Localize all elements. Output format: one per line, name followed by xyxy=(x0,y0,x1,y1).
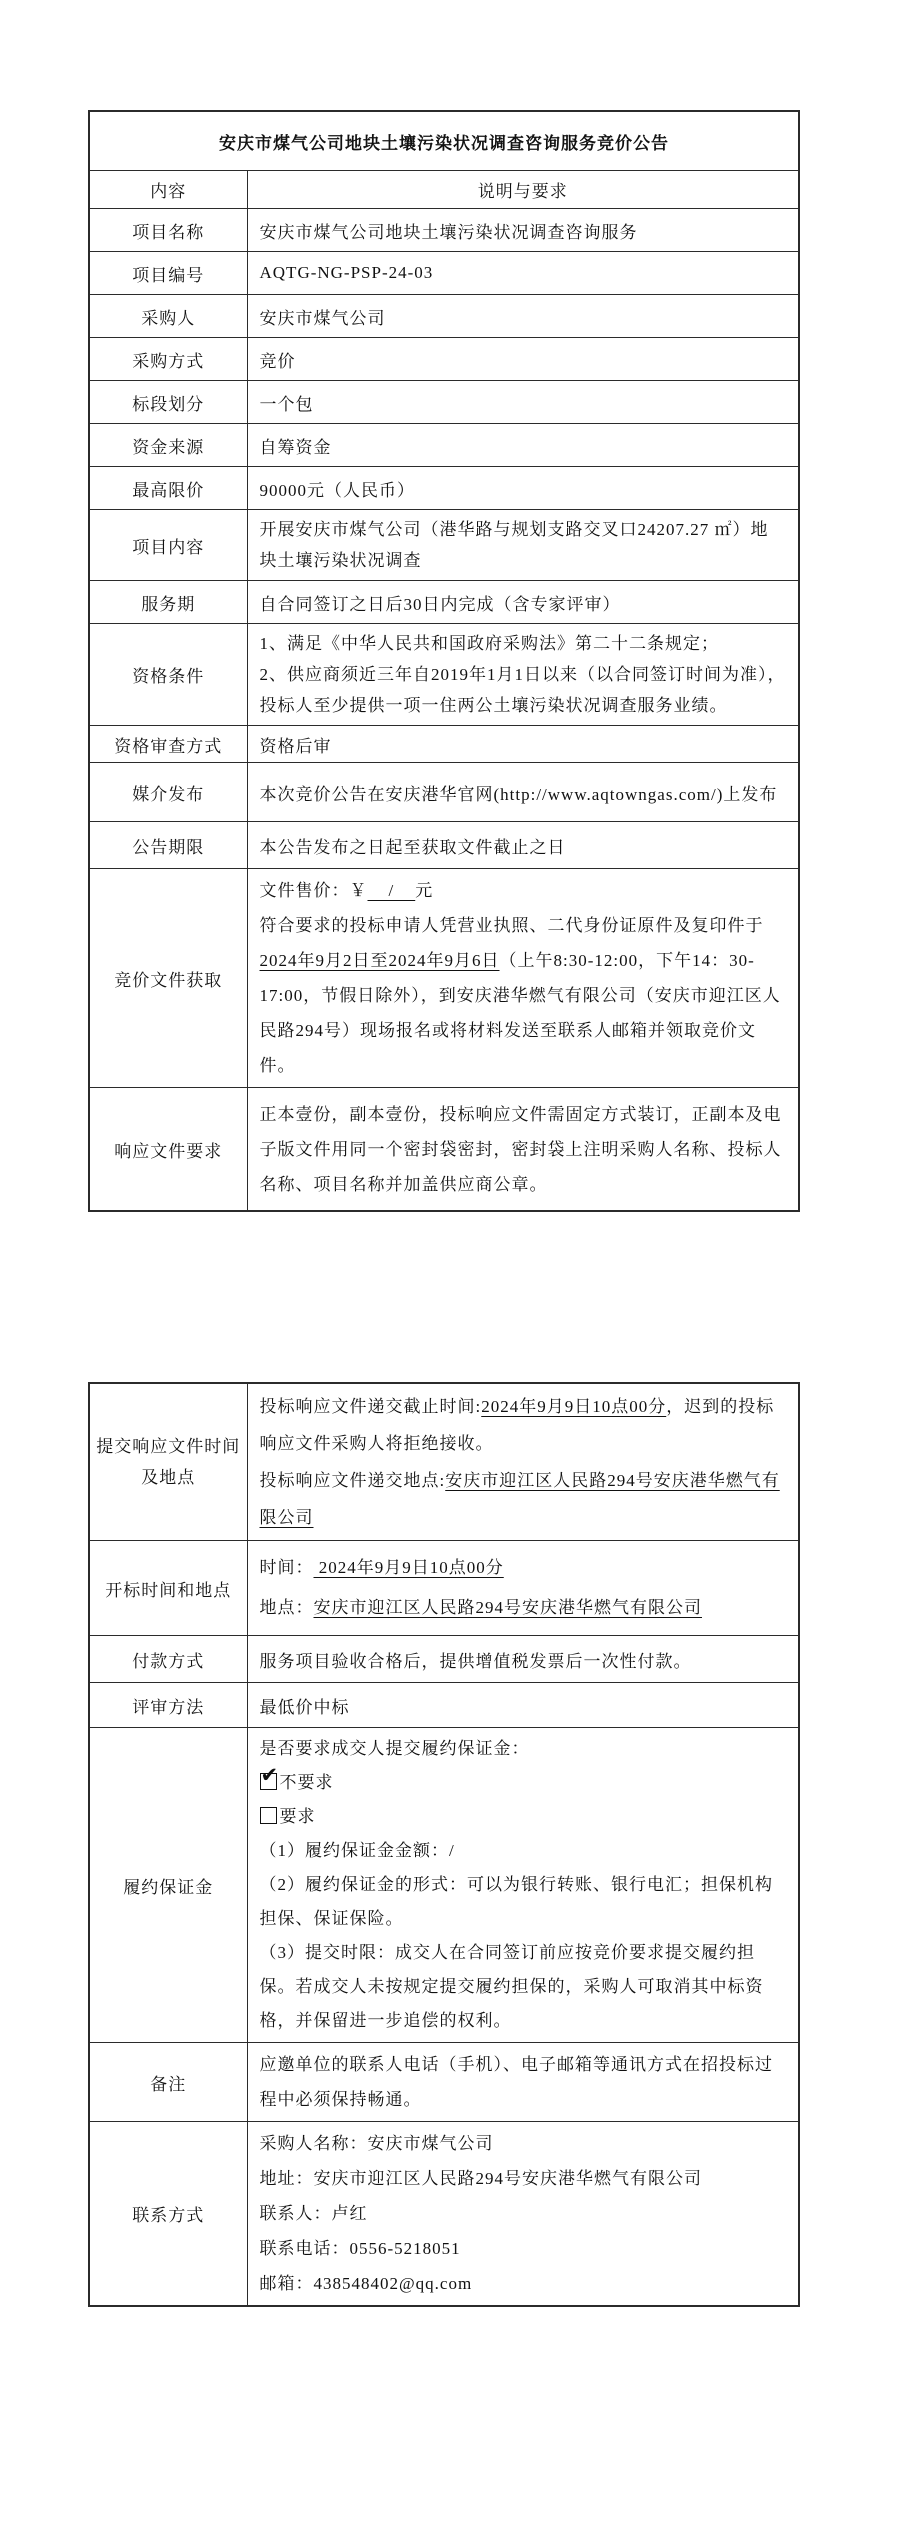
contact-address: 地址：安庆市迎江区人民路294号安庆港华燃气有限公司 xyxy=(260,2161,787,2196)
price-suffix: 元 xyxy=(415,881,433,900)
checked-checkbox-icon: ✔ xyxy=(260,1773,277,1790)
row-label: 开标时间和地点 xyxy=(89,1541,247,1636)
row-value: 正本壹份，副本壹份，投标响应文件需固定方式装订，正副本及电子版文件用同一个密封袋… xyxy=(247,1088,799,1212)
row-value: 本次竞价公告在安庆港华官网(http://www.aqtowngas.com/)… xyxy=(247,763,799,822)
row-label: 项目内容 xyxy=(89,510,247,581)
row-remarks: 备注 应邀单位的联系人电话（手机）、电子邮箱等通讯方式在招投标过程中必须保持畅通… xyxy=(89,2043,799,2122)
row-label: 评审方法 xyxy=(89,1683,247,1728)
row-max-price: 最高限价 90000元（人民币） xyxy=(89,467,799,510)
page-title: 安庆市煤气公司地块土壤污染状况调查咨询服务竞价公告 xyxy=(89,111,799,171)
row-label: 资格审查方式 xyxy=(89,726,247,763)
row-submission-time-place: 提交响应文件时间及地点 投标响应文件递交截止时间:2024年9月9日10点00分… xyxy=(89,1383,799,1541)
row-performance-bond: 履约保证金 是否要求成交人提交履约保证金： ✔不要求 要求 （1）履约保证金金额… xyxy=(89,1728,799,2043)
qualification-item-2: 2、供应商须近三年自2019年1月1日以来（以合同签订时间为准），投标人至少提供… xyxy=(260,659,787,721)
row-value: 本公告发布之日起至获取文件截止之日 xyxy=(247,822,799,869)
row-project-number: 项目编号 AQTG-NG-PSP-24-03 xyxy=(89,252,799,295)
remarks-text: 应邀单位的联系人电话（手机）、电子邮箱等通讯方式在招投标过程中必须保持畅通。 xyxy=(260,2047,787,2117)
document-acquisition-text: 符合要求的投标申请人凭营业执照、二代身份证原件及复印件于2024年9月2日至20… xyxy=(260,908,787,1083)
bid-opening-address: 安庆市迎江区人民路294号安庆港华燃气有限公司 xyxy=(314,1598,703,1617)
row-label: 提交响应文件时间及地点 xyxy=(89,1383,247,1541)
announcement-table-continued: 提交响应文件时间及地点 投标响应文件递交截止时间:2024年9月9日10点00分… xyxy=(88,1382,800,2307)
bond-question: 是否要求成交人提交履约保证金： xyxy=(260,1732,787,1766)
response-requirements-text: 正本壹份，副本壹份，投标响应文件需固定方式装订，正副本及电子版文件用同一个密封袋… xyxy=(260,1097,787,1202)
unchecked-checkbox-icon xyxy=(260,1807,277,1824)
time-label: 时间： xyxy=(260,1558,314,1577)
qualification-item-1: 1、满足《中华人民共和国政府采购法》第二十二条规定； xyxy=(260,628,787,659)
row-value: 90000元（人民币） xyxy=(247,467,799,510)
row-label: 标段划分 xyxy=(89,381,247,424)
bond-option-yes: 要求 xyxy=(260,1800,787,1834)
row-label: 备注 xyxy=(89,2043,247,2122)
row-document-acquisition: 竞价文件获取 文件售价：￥ / 元 符合要求的投标申请人凭营业执照、二代身份证原… xyxy=(89,869,799,1088)
bid-opening-time-line: 时间： 2024年9月9日10点00分 xyxy=(260,1548,787,1588)
place-prefix: 投标响应文件递交地点: xyxy=(260,1471,446,1490)
price-prefix: 文件售价：￥ xyxy=(260,881,368,900)
row-project-content: 项目内容 开展安庆市煤气公司（港华路与规划支路交叉口24207.27 ㎡）地块土… xyxy=(89,510,799,581)
row-value: 文件售价：￥ / 元 符合要求的投标申请人凭营业执照、二代身份证原件及复印件于2… xyxy=(247,869,799,1088)
row-value: 自筹资金 xyxy=(247,424,799,467)
check-mark-icon: ✔ xyxy=(261,1765,280,1786)
row-label: 服务期 xyxy=(89,581,247,624)
price-blank: / xyxy=(368,881,416,900)
submission-deadline-line: 投标响应文件递交截止时间:2024年9月9日10点00分，迟到的投标响应文件采购… xyxy=(260,1388,787,1462)
contact-purchaser-name: 采购人名称：安庆市煤气公司 xyxy=(260,2126,787,2161)
acquisition-text-pre: 符合要求的投标申请人凭营业执照、二代身份证原件及复印件于 xyxy=(260,916,764,935)
bond-item-2: （2）履约保证金的形式：可以为银行转账、银行电汇；担保机构担保、保证保险。 xyxy=(260,1868,787,1936)
row-label: 采购人 xyxy=(89,295,247,338)
announcement-table: 安庆市煤气公司地块土壤污染状况调查咨询服务竞价公告 内容 说明与要求 项目名称 … xyxy=(88,110,800,1212)
row-response-document-requirements: 响应文件要求 正本壹份，副本壹份，投标响应文件需固定方式装订，正副本及电子版文件… xyxy=(89,1088,799,1212)
row-value: 一个包 xyxy=(247,381,799,424)
row-label: 项目名称 xyxy=(89,209,247,252)
header-row: 内容 说明与要求 xyxy=(89,171,799,209)
row-procurement-method: 采购方式 竞价 xyxy=(89,338,799,381)
row-announcement-period: 公告期限 本公告发布之日起至获取文件截止之日 xyxy=(89,822,799,869)
contact-phone: 联系电话：0556-5218051 xyxy=(260,2231,787,2266)
deadline-datetime: 2024年9月9日10点00分 xyxy=(481,1397,666,1416)
bid-opening-place-line: 地点：安庆市迎江区人民路294号安庆港华燃气有限公司 xyxy=(260,1588,787,1628)
row-value: 时间： 2024年9月9日10点00分 地点：安庆市迎江区人民路294号安庆港华… xyxy=(247,1541,799,1636)
acquisition-date-range: 2024年9月2日至2024年9月6日 xyxy=(260,951,500,970)
bond-item-1: （1）履约保证金金额：/ xyxy=(260,1834,787,1868)
row-project-name: 项目名称 安庆市煤气公司地块土壤污染状况调查咨询服务 xyxy=(89,209,799,252)
row-evaluation-method: 评审方法 最低价中标 xyxy=(89,1683,799,1728)
bond-option-no-label: 不要求 xyxy=(280,1773,334,1792)
row-label: 公告期限 xyxy=(89,822,247,869)
row-label: 资金来源 xyxy=(89,424,247,467)
place-label: 地点： xyxy=(260,1598,314,1617)
row-label: 项目编号 xyxy=(89,252,247,295)
row-value: 自合同签订之日后30日内完成（含专家评审） xyxy=(247,581,799,624)
row-value: 服务项目验收合格后，提供增值税发票后一次性付款。 xyxy=(247,1636,799,1683)
row-value: AQTG-NG-PSP-24-03 xyxy=(247,252,799,295)
row-value: 开展安庆市煤气公司（港华路与规划支路交叉口24207.27 ㎡）地块土壤污染状况… xyxy=(247,510,799,581)
row-value: 1、满足《中华人民共和国政府采购法》第二十二条规定； 2、供应商须近三年自201… xyxy=(247,624,799,726)
contact-person: 联系人：卢红 xyxy=(260,2196,787,2231)
row-label: 付款方式 xyxy=(89,1636,247,1683)
row-value: 投标响应文件递交截止时间:2024年9月9日10点00分，迟到的投标响应文件采购… xyxy=(247,1383,799,1541)
row-label: 联系方式 xyxy=(89,2122,247,2307)
row-qualification-review: 资格审查方式 资格后审 xyxy=(89,726,799,763)
title-row: 安庆市煤气公司地块土壤污染状况调查咨询服务竞价公告 xyxy=(89,111,799,171)
column-header-content: 内容 xyxy=(89,171,247,209)
row-contact-info: 联系方式 采购人名称：安庆市煤气公司 地址：安庆市迎江区人民路294号安庆港华燃… xyxy=(89,2122,799,2307)
contact-email: 邮箱：438548402@qq.com xyxy=(260,2266,787,2301)
row-value: 采购人名称：安庆市煤气公司 地址：安庆市迎江区人民路294号安庆港华燃气有限公司… xyxy=(247,2122,799,2307)
row-label: 响应文件要求 xyxy=(89,1088,247,1212)
deadline-prefix: 投标响应文件递交截止时间: xyxy=(260,1397,482,1416)
row-value: 应邀单位的联系人电话（手机）、电子邮箱等通讯方式在招投标过程中必须保持畅通。 xyxy=(247,2043,799,2122)
column-header-requirements: 说明与要求 xyxy=(247,171,799,209)
row-funding-source: 资金来源 自筹资金 xyxy=(89,424,799,467)
bond-option-yes-label: 要求 xyxy=(280,1807,316,1826)
row-label: 资格条件 xyxy=(89,624,247,726)
row-value: 竞价 xyxy=(247,338,799,381)
row-payment-method: 付款方式 服务项目验收合格后，提供增值税发票后一次性付款。 xyxy=(89,1636,799,1683)
row-purchaser: 采购人 安庆市煤气公司 xyxy=(89,295,799,338)
row-label: 竞价文件获取 xyxy=(89,869,247,1088)
row-value: 是否要求成交人提交履约保证金： ✔不要求 要求 （1）履约保证金金额：/ （2）… xyxy=(247,1728,799,2043)
row-label: 履约保证金 xyxy=(89,1728,247,2043)
bond-item-3: （3）提交时限：成交人在合同签订前应按竞价要求提交履约担保。若成交人未按规定提交… xyxy=(260,1936,787,2038)
document-page: { "colors": {"background": "#ffffff", "b… xyxy=(0,0,900,2546)
bond-option-no: ✔不要求 xyxy=(260,1766,787,1800)
submission-place-line: 投标响应文件递交地点:安庆市迎江区人民路294号安庆港华燃气有限公司 xyxy=(260,1462,787,1536)
row-label: 媒介发布 xyxy=(89,763,247,822)
row-value: 资格后审 xyxy=(247,726,799,763)
row-media-release: 媒介发布 本次竞价公告在安庆港华官网(http://www.aqtowngas.… xyxy=(89,763,799,822)
row-value: 安庆市煤气公司地块土壤污染状况调查咨询服务 xyxy=(247,209,799,252)
row-lot-division: 标段划分 一个包 xyxy=(89,381,799,424)
row-label: 最高限价 xyxy=(89,467,247,510)
row-bid-opening: 开标时间和地点 时间： 2024年9月9日10点00分 地点：安庆市迎江区人民路… xyxy=(89,1541,799,1636)
row-value: 最低价中标 xyxy=(247,1683,799,1728)
bid-opening-datetime: 2024年9月9日10点00分 xyxy=(314,1558,504,1577)
row-qualification: 资格条件 1、满足《中华人民共和国政府采购法》第二十二条规定； 2、供应商须近三… xyxy=(89,624,799,726)
row-label: 采购方式 xyxy=(89,338,247,381)
document-price-line: 文件售价：￥ / 元 xyxy=(260,873,787,908)
row-value: 安庆市煤气公司 xyxy=(247,295,799,338)
row-service-period: 服务期 自合同签订之日后30日内完成（含专家评审） xyxy=(89,581,799,624)
